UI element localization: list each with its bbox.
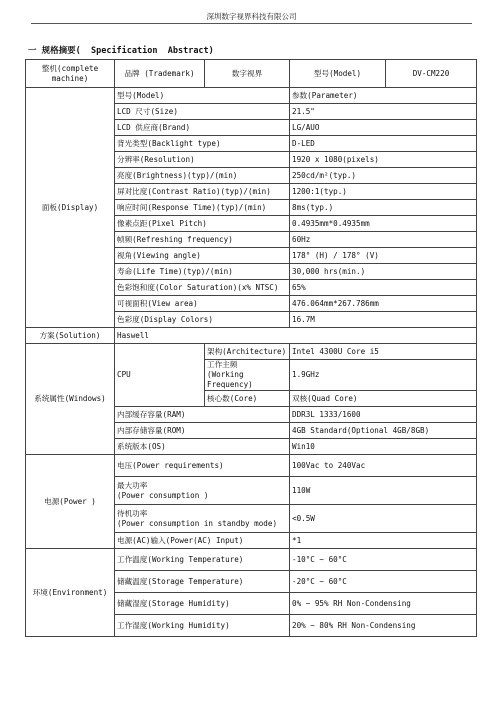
- spec-label: 像素点距(Pixel Pitch): [115, 216, 290, 232]
- spec-label: 屏对比度(Contrast Ratio)(typ)/(min): [115, 184, 290, 200]
- model-value: DV-CM220: [386, 60, 477, 88]
- spec-value: 178° (H) / 178° (V): [290, 248, 477, 264]
- spec-value: *1: [290, 533, 477, 549]
- spec-value: 1920 x 1080(pixels): [290, 152, 477, 168]
- spec-value: 参数(Parameter): [290, 88, 477, 104]
- table-row: 环境(Environment) 工作温度(Working Temperature…: [26, 549, 477, 571]
- spec-value: <0.5W: [290, 505, 477, 533]
- spec-label-line1: 最大功率: [117, 481, 287, 491]
- spec-label: 工作温度(Working Temperature): [115, 549, 290, 571]
- spec-value: LG/AUO: [290, 120, 477, 136]
- category-power: 电源(Power ): [26, 455, 115, 549]
- spec-value: 250cd/m²(typ.): [290, 168, 477, 184]
- spec-value: -20°C ~ 60°C: [290, 571, 477, 593]
- spec-value: 8ms(typ.): [290, 200, 477, 216]
- spec-label: 最大功率 (Power consumption ): [115, 477, 290, 505]
- cpu-label: CPU: [115, 344, 205, 407]
- spec-label-line1: 工作主频: [207, 360, 287, 370]
- spec-label: 型号(Model): [115, 88, 290, 104]
- spec-label: 电源(AC)输入(Power(AC) Input): [115, 533, 290, 549]
- spec-label: 内部存储容量(ROM): [115, 423, 290, 439]
- trademark-label: 品牌 (Trademark): [115, 60, 205, 88]
- table-row: 系统属性(Windows) CPU 架构(Architecture) Intel…: [26, 344, 477, 360]
- header-row: 整机(complete machine) 品牌 (Trademark) 数字视界…: [26, 60, 477, 88]
- spec-value: 20% ~ 80% RH Non-Condensing: [290, 615, 477, 637]
- spec-value: 110W: [290, 477, 477, 505]
- spec-value: 476.064mm*267.786mm: [290, 296, 477, 312]
- machine-label: 整机(complete machine): [26, 60, 115, 88]
- category-solution: 方案(Solution): [26, 328, 115, 344]
- spec-value: 0% ~ 95% RH Non-Condensing: [290, 593, 477, 615]
- header-divider: [31, 23, 472, 24]
- spec-label: 视角(Viewing angle): [115, 248, 290, 264]
- spec-label: 核心数(Core): [205, 391, 290, 407]
- spec-label: 工作湿度(Working Humidity): [115, 615, 290, 637]
- spec-label-line2: (Power consumption ): [117, 491, 287, 501]
- spec-label: 亮度(Brightness)(typ)/(min): [115, 168, 290, 184]
- spec-label-line2: (Working Frequency): [207, 370, 287, 390]
- spec-label: 工作主频 (Working Frequency): [205, 360, 290, 391]
- spec-value: 16.7M: [290, 312, 477, 328]
- spec-label: LCD 尺寸(Size): [115, 104, 290, 120]
- spec-label: 电压(Power requirements): [115, 455, 290, 477]
- spec-label: 背光类型(Backlight type): [115, 136, 290, 152]
- spec-value: 1200:1(typ.): [290, 184, 477, 200]
- page-header: 深圳数字视界科技有限公司: [31, 11, 472, 22]
- spec-label: 系统版本(OS): [115, 439, 290, 455]
- spec-label: 色彩饱和度(Color Saturation)(x% NTSC): [115, 280, 290, 296]
- spec-table: 整机(complete machine) 品牌 (Trademark) 数字视界…: [25, 59, 477, 637]
- spec-value: 双核(Quad Core): [290, 391, 477, 407]
- spec-label: 响应时间(Response Time)(typ)/(min): [115, 200, 290, 216]
- spec-label-line1: 待机功率: [117, 509, 287, 519]
- spec-label-line2: (Power consumption in standby mode): [117, 519, 287, 529]
- category-windows: 系统属性(Windows): [26, 344, 115, 455]
- spec-label: 储藏湿度(Storage Humidity): [115, 593, 290, 615]
- spec-value: 65%: [290, 280, 477, 296]
- category-display: 面板(Display): [26, 88, 115, 328]
- spec-value: D-LED: [290, 136, 477, 152]
- spec-label: 帧频(Refreshing frequency): [115, 232, 290, 248]
- spec-value: Intel 4300U Core i5: [290, 344, 477, 360]
- table-row: 面板(Display) 型号(Model) 参数(Parameter): [26, 88, 477, 104]
- spec-value: 4GB Standard(Optional 4GB/8GB): [290, 423, 477, 439]
- spec-label: 待机功率 (Power consumption in standby mode): [115, 505, 290, 533]
- table-row: 方案(Solution) Haswell: [26, 328, 477, 344]
- spec-value: 100Vac to 240Vac: [290, 455, 477, 477]
- spec-label: 储藏温度(Storage Temperature): [115, 571, 290, 593]
- spec-label: 架构(Architecture): [205, 344, 290, 360]
- trademark-value: 数字视界: [205, 60, 290, 88]
- model-label: 型号(Model): [290, 60, 386, 88]
- spec-label: 分辨率(Resolution): [115, 152, 290, 168]
- spec-value: Haswell: [115, 328, 477, 344]
- category-environment: 环境(Environment): [26, 549, 115, 637]
- spec-value: -10°C ~ 60°C: [290, 549, 477, 571]
- spec-value: 0.4935mm*0.4935mm: [290, 216, 477, 232]
- spec-label: 内部缓存容量(RAM): [115, 407, 290, 423]
- section-title: 一 规格摘要( Specification Abstract): [28, 44, 214, 56]
- spec-label: LCD 供应商(Brand): [115, 120, 290, 136]
- spec-value: DDR3L 1333/1600: [290, 407, 477, 423]
- spec-value: Win10: [290, 439, 477, 455]
- spec-label: 色彩度(Display Colors): [115, 312, 290, 328]
- spec-value: 1.9GHz: [290, 360, 477, 391]
- spec-value: 30,000 hrs(min.): [290, 264, 477, 280]
- spec-value: 60Hz: [290, 232, 477, 248]
- table-row: 电源(Power ) 电压(Power requirements) 100Vac…: [26, 455, 477, 477]
- spec-label: 可视面积(View area): [115, 296, 290, 312]
- spec-label: 寿命(Life Time)(typ)/(min): [115, 264, 290, 280]
- spec-value: 21.5": [290, 104, 477, 120]
